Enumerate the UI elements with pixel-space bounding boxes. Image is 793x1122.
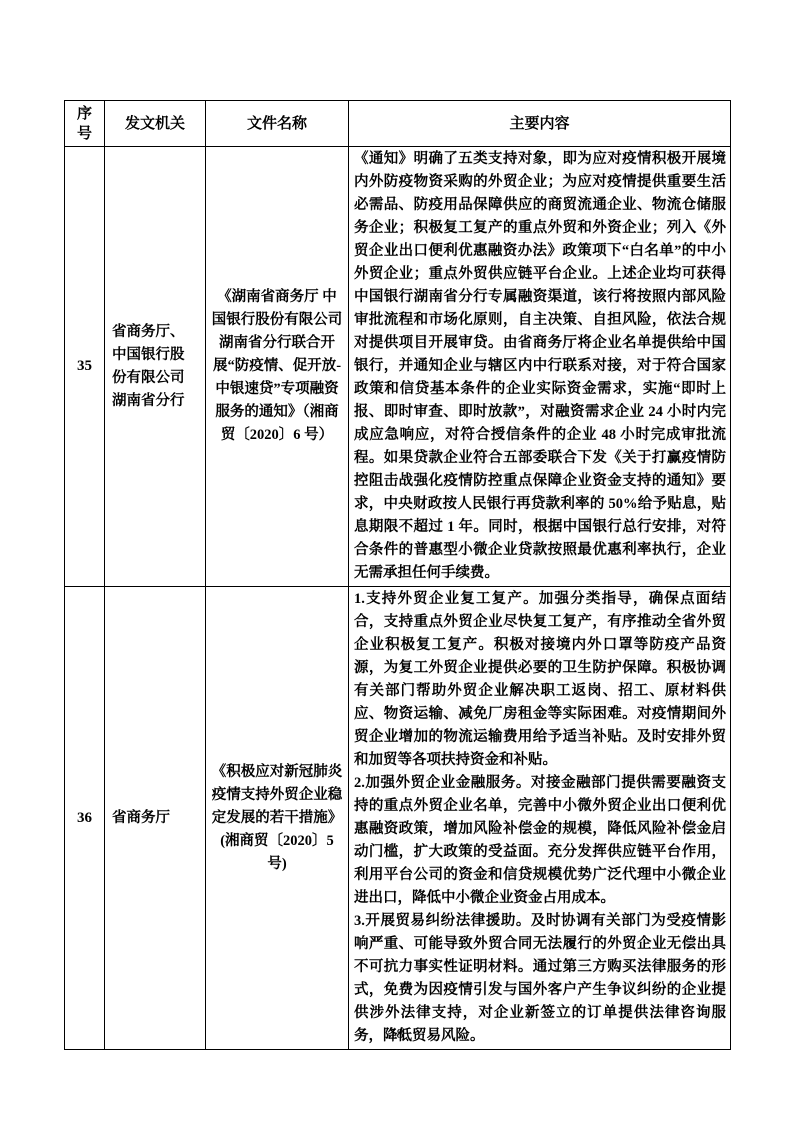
column-header-serial-number: 序号: [65, 101, 105, 147]
policy-document-table: 序号 发文机关 文件名称 主要内容 35 省商务厅、中国银行股份有限公司湖南省分…: [64, 100, 731, 1050]
content-paragraph: 1.支持外贸企业复工复产。加强分类指导，确保点面结合，支持重点外贸企业尽快复工复…: [354, 588, 726, 772]
document-name-cell: 《积极应对新冠肺炎疫情支持外贸企业稳定发展的若干措施》(湘商贸〔2020〕5 号…: [206, 587, 349, 1050]
issuing-agency-cell: 省商务厅: [105, 587, 206, 1050]
page-number: 18: [0, 1027, 793, 1043]
table-row: 36 省商务厅 《积极应对新冠肺炎疫情支持外贸企业稳定发展的若干措施》(湘商贸〔…: [65, 587, 731, 1050]
serial-number-cell: 36: [65, 587, 105, 1050]
issuing-agency-cell: 省商务厅、中国银行股份有限公司湖南省分行: [105, 147, 206, 587]
serial-number-cell: 35: [65, 147, 105, 587]
main-content-cell: 1.支持外贸企业复工复产。加强分类指导，确保点面结合，支持重点外贸企业尽快复工复…: [349, 587, 731, 1050]
table-row: 35 省商务厅、中国银行股份有限公司湖南省分行 《湖南省商务厅 中国银行股份有限…: [65, 147, 731, 587]
column-header-main-content: 主要内容: [349, 101, 731, 147]
column-header-issuing-agency: 发文机关: [105, 101, 206, 147]
main-content-cell: 《通知》明确了五类支持对象，即为应对疫情积极开展境内外防疫物资采购的外贸企业；为…: [349, 147, 731, 587]
document-name-cell: 《湖南省商务厅 中国银行股份有限公司湖南省分行联合开展“防疫情、促开放-中银速贷…: [206, 147, 349, 587]
document-page: 序号 发文机关 文件名称 主要内容 35 省商务厅、中国银行股份有限公司湖南省分…: [0, 0, 793, 1122]
column-header-document-name: 文件名称: [206, 101, 349, 147]
content-paragraph: 2.加强外贸企业金融服务。对接金融部门提供需要融资支持的重点外贸企业名单，完善中…: [354, 772, 726, 910]
table-header-row: 序号 发文机关 文件名称 主要内容: [65, 101, 731, 147]
content-paragraph: 《通知》明确了五类支持对象，即为应对疫情积极开展境内外防疫物资采购的外贸企业；为…: [354, 148, 726, 585]
